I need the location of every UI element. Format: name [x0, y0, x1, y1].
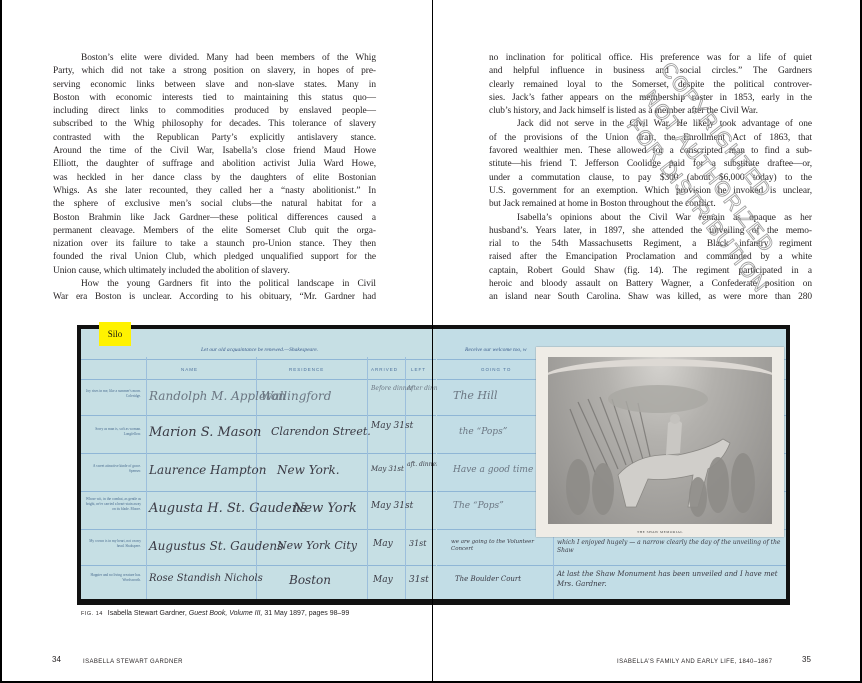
column-header-arrived: ARRIVED — [371, 367, 398, 372]
body-text-line: club’s history, and Jack himself is list… — [489, 105, 812, 118]
guest-book-quote: Happier and no living creature has. Word… — [85, 573, 141, 583]
body-text-line: of the provisions of the Union draft, th… — [489, 132, 812, 145]
guest-left: 31st — [409, 575, 429, 585]
guest-book-quote: Whose wit, in the combat, as gentle as b… — [85, 497, 141, 512]
figure-number: FIG. 14 — [81, 611, 103, 617]
body-text-line: subscribed to the Whig philosophy for de… — [53, 118, 376, 131]
body-text-line: War era Boston is unclear. According to … — [53, 291, 376, 304]
body-text-line: Boston Brahmin like Jack Gardner—these p… — [53, 212, 376, 225]
shaw-memorial-caption: THE SHAW MEMORIAL — [536, 530, 784, 534]
guest-destination: The Boulder Court — [455, 575, 521, 583]
body-text-line: Isabella’s opinions about the Civil War … — [489, 212, 812, 225]
body-text-line: sies. Jack’s father appears on the membe… — [489, 92, 812, 105]
body-text-line: and helpful influence in business and so… — [489, 65, 812, 78]
book-spread: Boston’s elite were divided. Many had be… — [0, 0, 862, 683]
caption-date-pages: 31 May 1897, pages 98–99 — [264, 610, 349, 617]
body-text-line: nization over its failure to take a stau… — [53, 238, 376, 251]
body-text-line: permanent cleavage. Members of the elite… — [53, 225, 376, 238]
right-page-folio: 35 — [802, 649, 811, 667]
body-text-line: heroic and bloody assault on Battery Wag… — [489, 278, 812, 291]
body-text-line: serving economic links between slave and… — [53, 79, 376, 92]
caption-title: Guest Book, Volume III, — [189, 610, 263, 617]
guest-residence: New York. — [277, 463, 340, 477]
body-text-line: husband’s. Years later, in 1897, she att… — [489, 225, 812, 238]
body-text-line: Boston with economic interests tied to m… — [53, 92, 376, 105]
guest-residence: Clarendon Street. — [271, 425, 371, 438]
body-text-line: Whigs. As she later recounted, they call… — [53, 185, 376, 198]
guest-arrived: May 31st — [371, 465, 404, 473]
guest-destination: the “Pops” — [459, 427, 507, 437]
body-text-line: including direct links to commodities pr… — [53, 105, 376, 118]
silo-label: Silo — [99, 322, 131, 346]
right-running-head: ISABELLA’S FAMILY AND EARLY LIFE, 1840–1… — [617, 650, 772, 668]
body-text-line: favored wealthier men. These allowed for… — [489, 145, 812, 158]
body-text-line: the sphere of exclusive men’s social clu… — [53, 198, 376, 211]
guest-arrived: May — [373, 539, 393, 549]
body-text-line: rial to the 54th Massachusetts Regiment,… — [489, 238, 812, 251]
shaw-memorial-relief-image — [548, 357, 772, 524]
guest-book-photograph: Let our old acquaintance be renewed.—Sha… — [77, 325, 790, 605]
left-page-number: 34 — [52, 655, 61, 664]
guest-book-left-page: Let our old acquaintance be renewed.—Sha… — [81, 329, 436, 599]
guest-arrived: May — [373, 575, 393, 585]
body-text-line: Party, which did not take a strong posit… — [53, 65, 376, 78]
guest-left: 31st — [409, 539, 427, 548]
column-header-left: LEFT — [411, 367, 426, 372]
column-header-residence: RESIDENCE — [289, 367, 324, 372]
right-page-number: 35 — [802, 655, 811, 664]
guest-left: aft. dinner — [407, 461, 439, 468]
guest-signature: Laurence Hampton — [149, 463, 267, 477]
guest-destination: Have a good time — [453, 465, 533, 475]
guest-residence: New York City — [277, 539, 357, 552]
guest-book-quote: A sweet attractive kinde of grace. Spens… — [85, 464, 141, 474]
body-text-line: was heckled in her dance class by the da… — [53, 172, 376, 185]
guest-signature: Marion S. Mason — [149, 425, 261, 440]
column-header-going-to: GOING TO — [481, 367, 511, 372]
guest-book-motto-right: Receive our welcome too, w — [465, 347, 527, 353]
guest-arrived: May 31st — [371, 421, 413, 431]
guest-book-quote: My crown is in my heart, not on my head.… — [85, 539, 141, 549]
guest-note: At last the Shaw Monument has been unvei… — [557, 569, 782, 589]
guest-signature: Augustus St. Gaudens — [149, 539, 283, 553]
guest-signature: Rose Standish Nichols — [149, 573, 263, 584]
right-page-body-text: no inclination for political office. His… — [489, 52, 812, 305]
left-page-body-text: Boston’s elite were divided. Many had be… — [53, 52, 376, 305]
body-text-line: contrasted with the Republican Party’s e… — [53, 132, 376, 145]
guest-signature: Augusta H. St. Gaudens — [149, 501, 307, 516]
body-text-line: raised after the Emancipation Proclamati… — [489, 251, 812, 264]
guest-book-motto-left: Let our old acquaintance be renewed.—Sha… — [201, 347, 318, 353]
guest-book-quote: Joy rises in me, like a summer's morn. C… — [85, 389, 141, 399]
figure-caption: FIG. 14 Isabella Stewart Gardner, Guest … — [81, 610, 349, 617]
body-text-line: Jack did not serve in the Civil War. He … — [489, 118, 812, 131]
column-header-name: NAME — [181, 367, 198, 372]
body-text-line: founded the rival Union Club, which pled… — [53, 251, 376, 264]
body-text-line: an island near South Carolina. Shaw was … — [489, 291, 812, 304]
guest-residence: New York — [293, 501, 357, 516]
guest-residence: Wallingford — [261, 389, 331, 403]
guest-book-spread: Let our old acquaintance be renewed.—Sha… — [81, 329, 786, 599]
body-text-line: no inclination for political office. His… — [489, 52, 812, 65]
body-text-line: Boston’s elite were divided. Many had be… — [53, 52, 376, 65]
page-gutter — [432, 0, 433, 683]
guest-arrived: May 31st — [371, 501, 413, 511]
body-text-line: Elliott, the daughter of suffrage and ab… — [53, 158, 376, 171]
body-text-line: captain, Robert Gould Shaw (fig. 14). Th… — [489, 265, 812, 278]
guest-residence: Boston — [289, 573, 331, 587]
body-text-line: stitute—his friend T. Jefferson Coolidge… — [489, 158, 812, 171]
body-text-line: Union cause, which ultimately included t… — [53, 265, 376, 278]
caption-author: Isabella Stewart Gardner, — [108, 610, 187, 617]
guest-destination: we are going to the Volunteer Concert — [451, 539, 551, 553]
guest-destination: The Hill — [453, 389, 498, 402]
shaw-memorial-print: THE SHAW MEMORIAL — [536, 347, 784, 537]
guest-book-quote: Sorry as man is, soft as woman. Longfell… — [85, 427, 141, 437]
guest-note: which I enjoyed hugely — a narrow clearl… — [557, 539, 785, 555]
body-text-line: clearly remained loyal to the Somerset, … — [489, 79, 812, 92]
body-text-line: U.S. government for an exemption. Which … — [489, 185, 812, 198]
left-page-folio: 34 — [52, 649, 61, 667]
left-running-head: ISABELLA STEWART GARDNER — [83, 650, 183, 668]
body-text-line: Around the time of the Civil War, Isabel… — [53, 145, 376, 158]
body-text-line: but Jack remained at home in Boston thro… — [489, 198, 812, 211]
body-text-line: How the young Gardners fit into the poli… — [53, 278, 376, 291]
guest-destination: The “Pops” — [453, 501, 504, 511]
body-text-line: under a commutation clause, to pay $300 … — [489, 172, 812, 185]
